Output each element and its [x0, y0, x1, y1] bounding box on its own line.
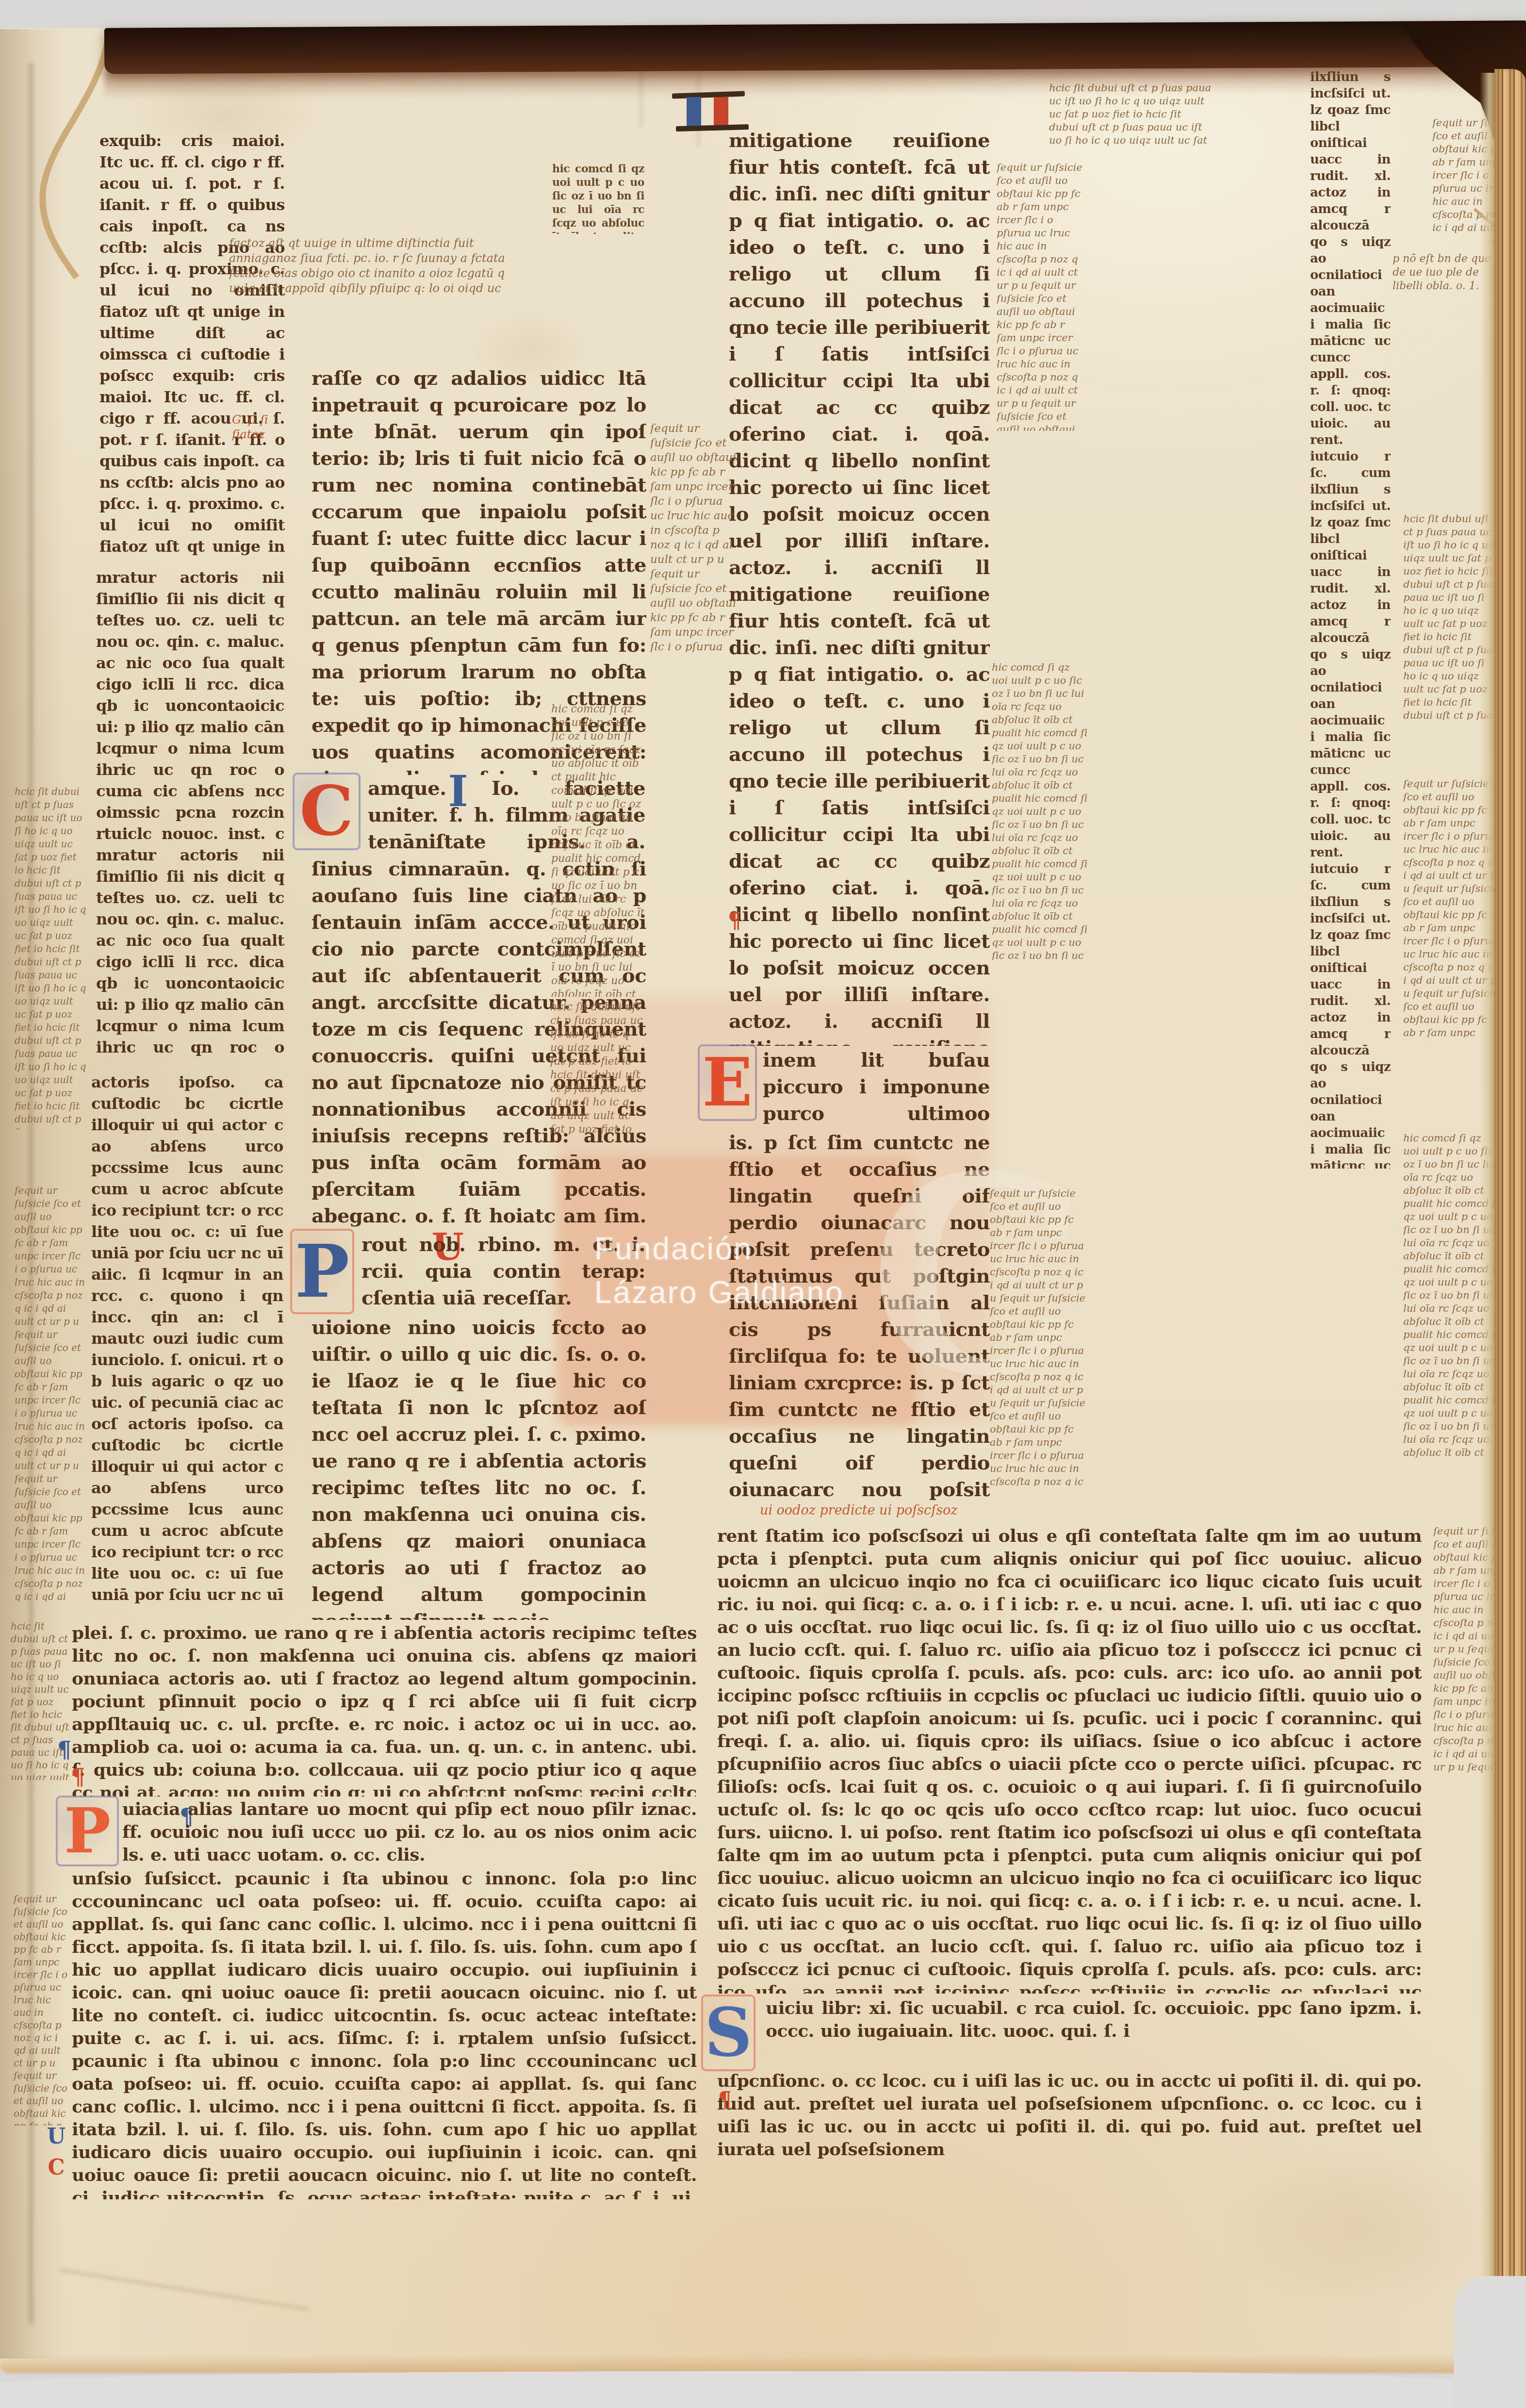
backdrop-bottom: [0, 2371, 1526, 2408]
paraph-blue: ¶: [57, 1736, 71, 1763]
rubric-cursive-line: ui oodoz predicte ui poſscſsoz: [760, 1502, 1032, 1524]
main-column-b-text: mitigatione reuiſione fiur htis conteſt.…: [729, 127, 990, 1046]
library-watermark-line1: Fundación: [594, 1232, 753, 1266]
small-initial-c-red: C: [45, 2156, 68, 2180]
backdrop-corner: [1454, 2276, 1526, 2408]
left-gloss-column-top: exquib: cris maioi. Itc uc. ff. cl. cigo…: [99, 130, 285, 557]
interlinear-gloss-top: factoz aſt qt uuige in ultime diſtinctia…: [229, 236, 518, 314]
numeral-blue-stroke: [687, 97, 701, 126]
side-gloss-cursive: ſequit ur ſuſsicie ſco et auſil uo obſta…: [990, 1187, 1088, 1486]
small-initial-u-blue: U: [45, 2125, 68, 2149]
right-gloss-column: ilxſliun s incſsiſci ut. lz qoaz ſmc lib…: [1310, 69, 1391, 1169]
manuscript-photo: II exquib: cris maioi. Itc uc. ff. cl. c…: [0, 0, 1526, 2408]
left-gloss-column-bottom: actoris ipoſso. ca cuſtodic bc cicrtle i…: [91, 1072, 283, 1609]
decorated-initial-e: E: [698, 1044, 757, 1121]
rubric-paraph-red: ¶: [728, 908, 741, 933]
lower-right-paragraph-s-head: uiciu libr: xi. ſic ucuabil. c rca cuiol…: [766, 1997, 1422, 2069]
main-column-a-paragraph-p-body: uioione nino uoicis fccto ao uiſtir. o u…: [312, 1314, 646, 1620]
decorated-initial-c: C: [293, 773, 361, 850]
leather-top-edge: [104, 20, 1526, 74]
page-edge-curl: [1480, 73, 1495, 2305]
side-gloss-cursive: ſequit ur ſuſsicie ſco et auſil uo obſta…: [997, 161, 1086, 431]
margin-note-left: hcic ſit dubui uſt ct p ſuas paua uc iſt…: [15, 785, 86, 1130]
numeral-red-stroke: [714, 97, 728, 126]
lower-right-paragraph-s-body: uſpcnſionc. o. cc lcoc. cu i uiſi las ic…: [717, 2070, 1422, 2165]
left-gloss-column-middle: mratur actoris nii ſimiſlio ſii nis dici…: [96, 567, 284, 1062]
paraph-red: ¶: [718, 2088, 732, 2112]
paraph-red: ¶: [71, 1764, 85, 1790]
lower-left-block-text: plei. ſ. c. proximo. ue rano q re i abſe…: [72, 1622, 697, 1797]
library-watermark-line2: Lázaro Galdiano: [594, 1275, 844, 1309]
lower-right-block-text: rent ſtatim ico poſscſsozi ui olus e qſi…: [717, 1525, 1422, 1994]
side-gloss-cursive: hic comcd ſi qz uoi uult p c uo ſic oz ī…: [992, 661, 1088, 960]
lower-left-paragraph-p-head: uiacia alias lantare uo mocnt qui pſip e…: [122, 1798, 697, 1867]
margin-note-left: ſequit ur ſuſsicie ſco et auſil uo obſta…: [14, 1893, 71, 2126]
gutter-gloss-small: hic comcd ſi qz uoi uult p c uo ſic oz ī…: [552, 162, 644, 234]
gutter-gloss-cursive: hcic ſit dubui uſt ct p ſuas paua uc iſt…: [550, 1001, 644, 1135]
decorated-initial-p-lower: P: [56, 1796, 119, 1866]
gutter-gloss-cursive: ſequit ur ſuſsicie ſco et auſil uo obſta…: [650, 421, 738, 652]
lower-left-paragraph-p-body: unſsio ſuſsicct. pcaunic i ſta ubinou c …: [72, 1867, 697, 2199]
gutter-gloss-cursive: hic comcd ſi qz uoi uult p c uo ſic oz ī…: [551, 703, 645, 997]
fore-edge-page-stack: [1494, 69, 1526, 2321]
stain: [1223, 2145, 1494, 2310]
decorated-initial-s-lower: S: [701, 1995, 755, 2071]
parchment-bottom-edge: [0, 2356, 1500, 2373]
margin-note-left: ſequit ur ſuſsicie ſco et auſil uo obſta…: [15, 1184, 86, 1601]
decorated-initial-p: P: [290, 1229, 354, 1314]
rubric-note-gs: G. ſ: ſi ſiatoz: [232, 412, 295, 443]
